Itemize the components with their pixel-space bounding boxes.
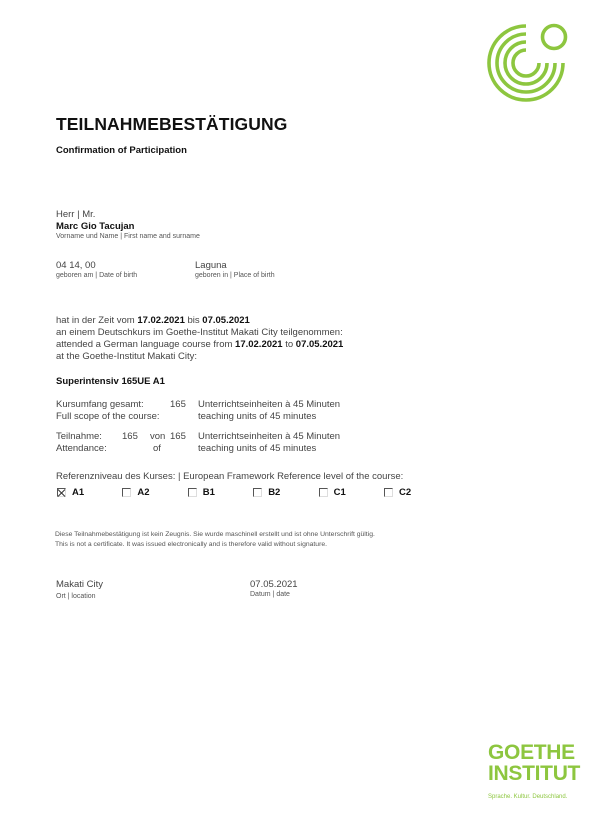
dob-label: geboren am | Date of birth [56,272,137,279]
salutation: Herr | Mr. [56,209,95,220]
period-line-de: hat in der Zeit vom 17.02.2021 bis 07.05… [56,315,250,326]
period-prefix: hat in der Zeit vom [56,315,137,326]
end-date-en: 07.05.2021 [296,339,344,350]
scope-label-en: Full scope of the course: [56,411,160,422]
wordmark-line2: INSTITUT [488,763,580,784]
level-option-c1[interactable]: C1 [319,487,346,498]
level-label: Referenzniveau des Kurses: | European Fr… [56,471,403,482]
period-mid: bis [185,315,202,326]
period-prefix-en: attended a German language course from [56,339,235,350]
level-option-label: C2 [399,487,411,498]
checkbox-unchecked-icon[interactable] [122,488,131,497]
of-en: of [153,443,161,454]
level-option-label: C1 [334,487,346,498]
start-date: 17.02.2021 [137,315,185,326]
disclaimer-de: Diese Teilnahmebestätigung ist kein Zeug… [55,531,375,538]
scope-value: 165 [170,399,186,410]
attendance-total: 165 [170,431,186,442]
level-option-a2[interactable]: A2 [122,487,149,498]
level-option-b2[interactable]: B2 [253,487,280,498]
goethe-institut-wordmark: GOETHE INSTITUT Sprache. Kultur. Deutsch… [488,742,580,800]
checkbox-checked-icon[interactable] [57,488,66,497]
end-date: 07.05.2021 [202,315,250,326]
checkbox-unchecked-icon[interactable] [384,488,393,497]
attendance-label-en: Attendance: [56,443,107,454]
date-label: Datum | date [250,591,290,598]
attendance-label-de: Teilnahme: [56,431,102,442]
scope-units-de: Unterrichtseinheiten à 45 Minuten [198,399,340,410]
start-date-en: 17.02.2021 [235,339,283,350]
date-of-birth: 04 14, 00 [56,260,96,271]
attendance-units-de: Unterrichtseinheiten à 45 Minuten [198,431,340,442]
document-subtitle: Confirmation of Participation [56,145,187,156]
of-de: von [150,431,165,442]
checkbox-unchecked-icon[interactable] [319,488,328,497]
scope-label-de: Kursumfang gesamt: [56,399,144,410]
participant-name: Marc Gio Tacujan [56,221,134,232]
pob-label: geboren in | Place of birth [195,272,275,279]
course-name: Superintensiv 165UE A1 [56,376,165,387]
level-option-label: A1 [72,487,84,498]
course-attended-de: an einem Deutschkurs im Goethe-Institut … [56,327,343,338]
level-option-label: B1 [203,487,215,498]
level-option-b1[interactable]: B1 [188,487,215,498]
issue-date: 07.05.2021 [250,579,298,590]
disclaimer-en: This is not a certificate. It was issued… [55,541,327,548]
period-mid-en: to [283,339,296,350]
period-line-en: attended a German language course from 1… [56,339,343,350]
goethe-logo-icon [484,20,576,109]
level-option-label: A2 [137,487,149,498]
location: Makati City [56,579,103,590]
place-of-birth: Laguna [195,260,227,271]
course-attended-en: at the Goethe-Institut Makati City: [56,351,197,362]
tagline: Sprache. Kultur. Deutschland. [488,794,580,800]
level-option-a1[interactable]: A1 [57,487,84,498]
wordmark-line1: GOETHE [488,742,580,763]
scope-units-en: teaching units of 45 minutes [198,411,316,422]
attendance-units-en: teaching units of 45 minutes [198,443,316,454]
level-option-label: B2 [268,487,280,498]
level-option-c2[interactable]: C2 [384,487,411,498]
checkbox-unchecked-icon[interactable] [253,488,262,497]
checkbox-unchecked-icon[interactable] [188,488,197,497]
location-label: Ort | location [56,593,96,600]
document-title: TEILNAHMEBESTÄTIGUNG [56,114,287,135]
name-label: Vorname und Name | First name and surnam… [56,233,200,240]
attendance-value: 165 [122,431,138,442]
